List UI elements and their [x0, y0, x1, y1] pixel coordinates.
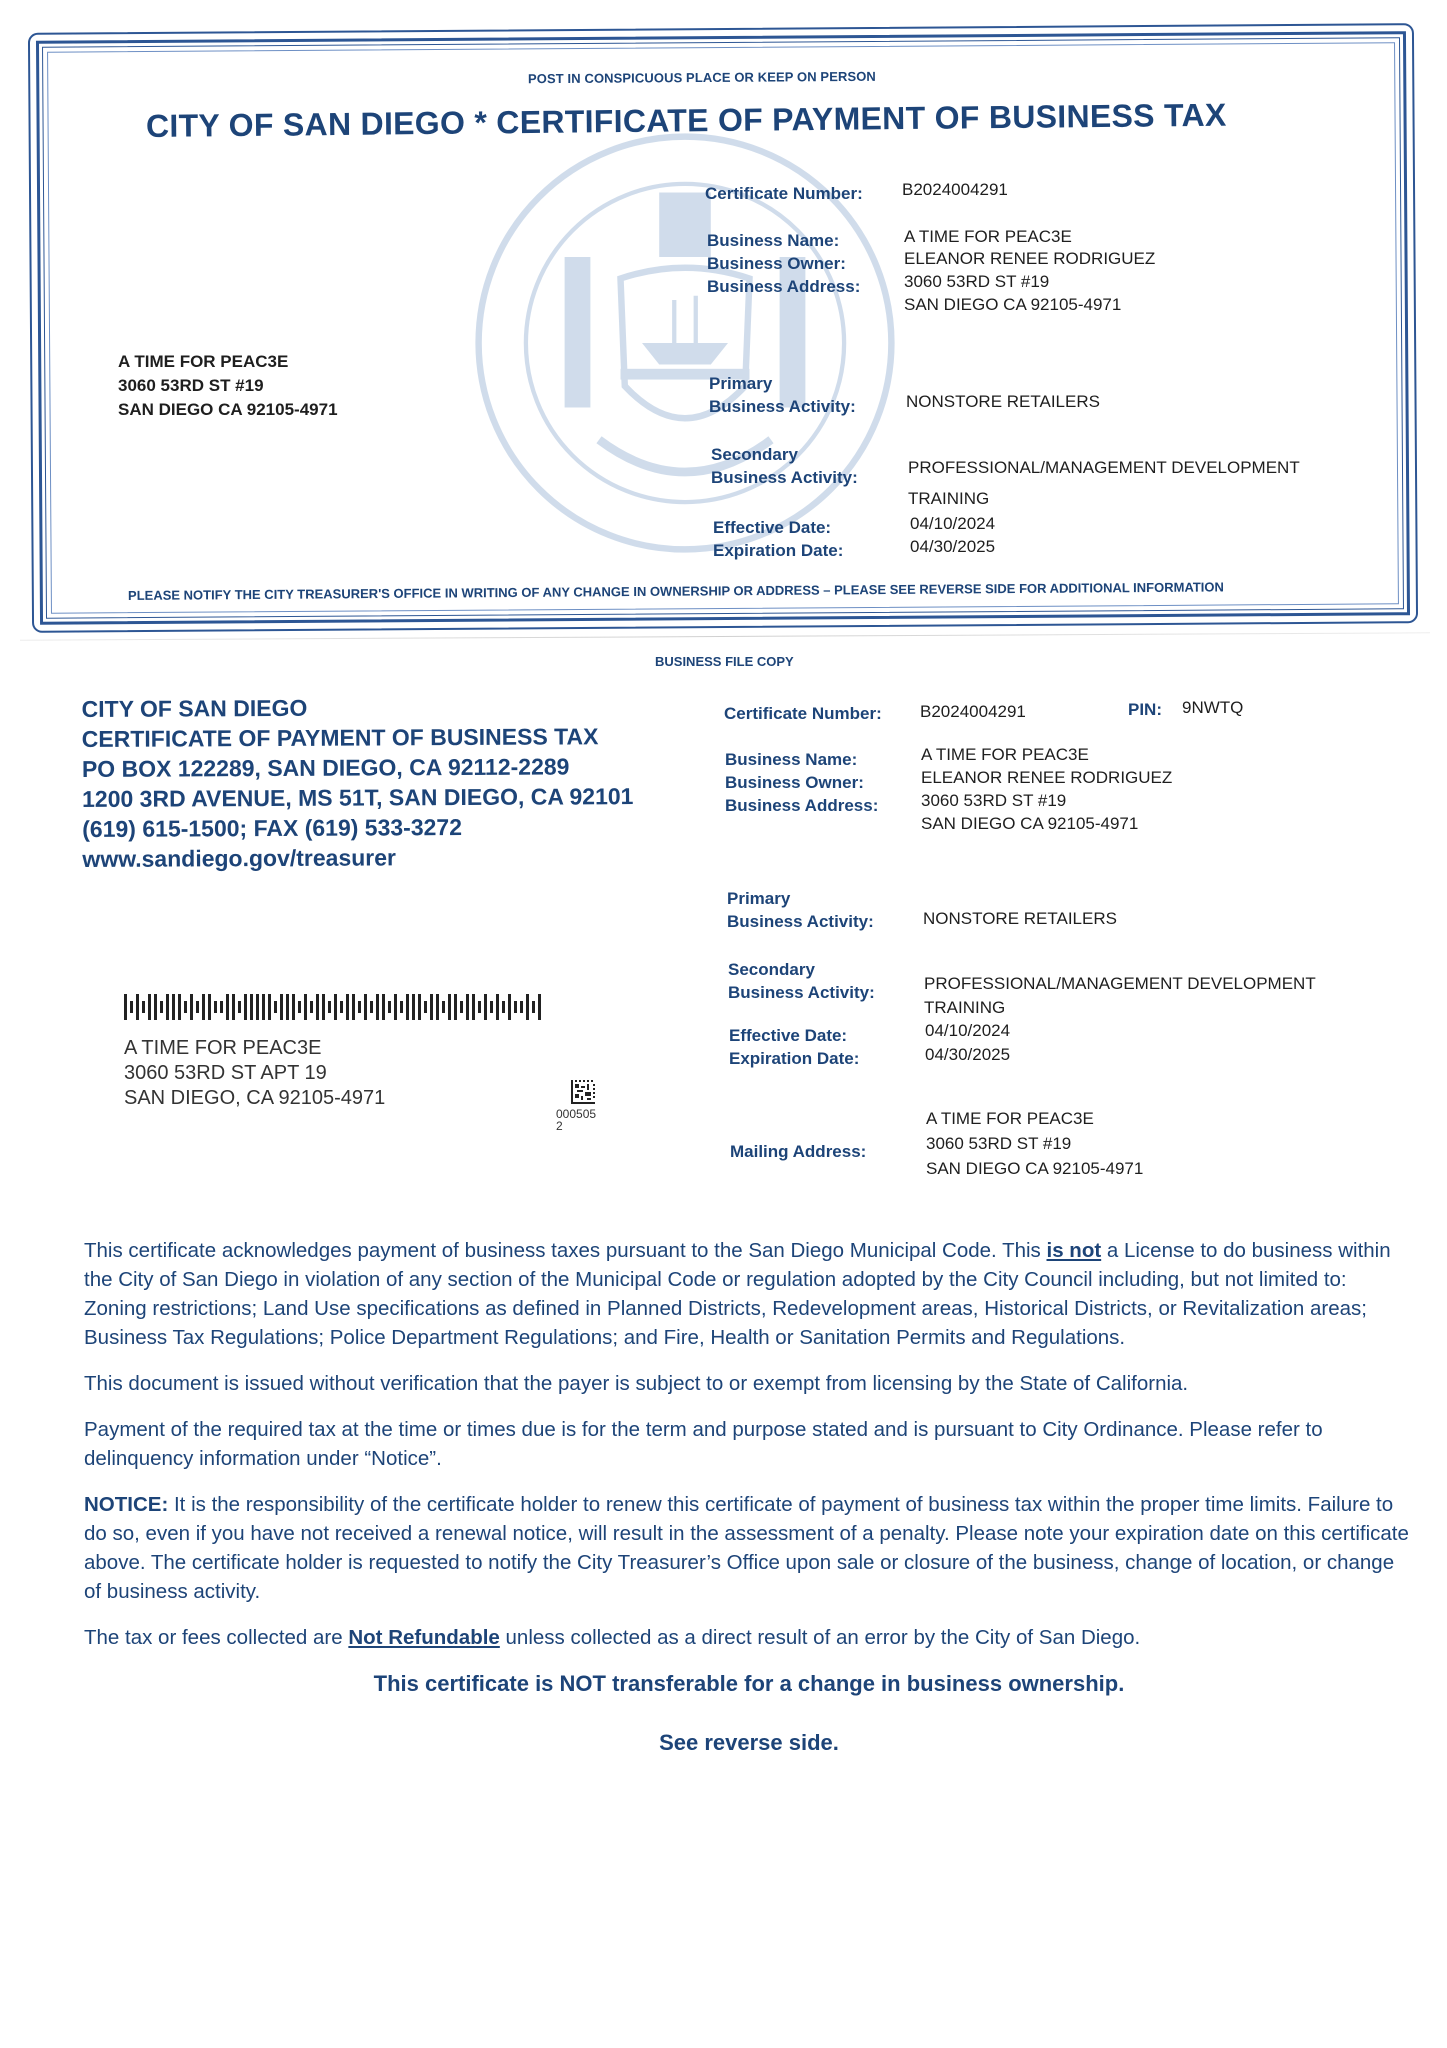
secondary-activity-label-1: Secondary	[711, 443, 798, 466]
fc-mailing-address-line-2: 3060 53RD ST #19	[926, 1132, 1071, 1155]
postal-barcode-icon	[124, 994, 541, 1020]
fc-business-name-label: Business Name:	[725, 748, 857, 771]
see-reverse-note: See reverse side.	[84, 1728, 1414, 1757]
fc-secondary-activity-label-1: Secondary	[728, 958, 815, 981]
terms-paragraph-refund: The tax or fees collected are Not Refund…	[84, 1623, 1414, 1652]
not-refundable-emphasis: Not Refundable	[348, 1626, 499, 1649]
fc-effective-date-value: 04/10/2024	[925, 1019, 1010, 1042]
not-transferable-note: This certificate is NOT transferable for…	[84, 1669, 1414, 1698]
fc-expiration-date-label: Expiration Date:	[729, 1047, 859, 1070]
fc-secondary-activity-label-2: Business Activity:	[728, 981, 875, 1004]
business-owner-value: ELEANOR RENEE RODRIGUEZ	[904, 247, 1155, 270]
terms-paragraph-notice: NOTICE: It is the responsibility of the …	[84, 1490, 1414, 1606]
issuer-line-2: CERTIFICATE OF PAYMENT OF BUSINESS TAX	[82, 721, 634, 754]
issuer-line-4: 1200 3RD AVENUE, MS 51T, SAN DIEGO, CA 9…	[82, 781, 634, 814]
fc-primary-activity-label-1: Primary	[727, 887, 790, 910]
effective-date-label: Effective Date:	[713, 516, 831, 539]
mailing-block-line-3: SAN DIEGO, CA 92105-4971	[124, 1086, 385, 1111]
business-address-label: Business Address:	[707, 275, 860, 298]
certificate-number-value: B2024004291	[902, 178, 1008, 201]
notice-label: NOTICE:	[84, 1493, 168, 1516]
fc-mailing-address-label: Mailing Address:	[730, 1140, 866, 1163]
fc-business-address-line-1: 3060 53RD ST #19	[921, 789, 1066, 812]
business-owner-label: Business Owner:	[707, 252, 846, 275]
fc-business-owner-label: Business Owner:	[725, 771, 864, 794]
fc-certificate-number-label: Certificate Number:	[724, 702, 882, 725]
fc-effective-date-label: Effective Date:	[729, 1024, 847, 1047]
issuer-website: www.sandiego.gov/treasurer	[82, 841, 634, 874]
terms-paragraph-payment: Payment of the required tax at the time …	[84, 1415, 1414, 1473]
business-name-label: Business Name:	[707, 229, 839, 252]
secondary-activity-line-2: TRAINING	[908, 487, 989, 510]
fc-certificate-number-value: B2024004291	[920, 700, 1026, 723]
fc-pin-label: PIN:	[1128, 698, 1162, 721]
effective-date-value: 04/10/2024	[910, 512, 995, 535]
datamatrix-code-text: 000505 2	[556, 1108, 596, 1132]
certificate-mailing-address: A TIME FOR PEAC3E 3060 53RD ST #19 SAN D…	[118, 350, 338, 422]
fc-primary-activity-value: NONSTORE RETAILERS	[923, 907, 1117, 930]
business-address-line-1: 3060 53RD ST #19	[904, 270, 1049, 293]
terms-paragraph-license: This certificate acknowledges payment of…	[84, 1236, 1414, 1352]
primary-activity-value: NONSTORE RETAILERS	[906, 390, 1100, 413]
issuer-block: CITY OF SAN DIEGO CERTIFICATE OF PAYMENT…	[82, 691, 634, 874]
business-file-copy-label: BUSINESS FILE COPY	[655, 654, 794, 669]
issuer-line-3: PO BOX 122289, SAN DIEGO, CA 92112-2289	[82, 751, 634, 784]
is-not-emphasis: is not	[1047, 1239, 1102, 1262]
fc-expiration-date-value: 04/30/2025	[925, 1043, 1010, 1066]
fc-business-address-line-2: SAN DIEGO CA 92105-4971	[921, 812, 1138, 835]
business-address-line-2: SAN DIEGO CA 92105-4971	[904, 293, 1121, 316]
mailing-block-line-2: 3060 53RD ST APT 19	[124, 1061, 385, 1086]
issuer-line-5: (619) 615-1500; FAX (619) 533-3272	[82, 811, 634, 844]
certificate-number-label: Certificate Number:	[705, 182, 863, 205]
primary-activity-label-2: Business Activity:	[709, 395, 856, 418]
mail-line-1: A TIME FOR PEAC3E	[118, 350, 338, 374]
fc-primary-activity-label-2: Business Activity:	[727, 910, 874, 933]
mail-line-2: 3060 53RD ST #19	[118, 374, 338, 398]
expiration-date-value: 04/30/2025	[910, 535, 995, 558]
expiration-date-label: Expiration Date:	[713, 539, 843, 562]
business-name-value: A TIME FOR PEAC3E	[904, 225, 1072, 248]
fc-business-owner-value: ELEANOR RENEE RODRIGUEZ	[921, 766, 1172, 789]
fc-secondary-activity-line-2: TRAINING	[924, 996, 1005, 1019]
terms-section: This certificate acknowledges payment of…	[84, 1236, 1414, 1757]
fc-business-address-label: Business Address:	[725, 794, 878, 817]
terms-paragraph-state: This document is issued without verifica…	[84, 1369, 1414, 1398]
primary-activity-label-1: Primary	[709, 372, 772, 395]
mail-line-3: SAN DIEGO CA 92105-4971	[118, 398, 338, 422]
mailing-block-line-1: A TIME FOR PEAC3E	[124, 1036, 385, 1061]
datamatrix-code-icon	[570, 1080, 596, 1104]
fc-mailing-address-line-1: A TIME FOR PEAC3E	[926, 1107, 1094, 1130]
fc-business-name-value: A TIME FOR PEAC3E	[921, 743, 1089, 766]
issuer-line-1: CITY OF SAN DIEGO	[82, 691, 634, 724]
file-copy-mailing-block: A TIME FOR PEAC3E 3060 53RD ST APT 19 SA…	[124, 1036, 385, 1111]
secondary-activity-label-2: Business Activity:	[711, 466, 858, 489]
fc-secondary-activity-line-1: PROFESSIONAL/MANAGEMENT DEVELOPMENT	[924, 972, 1316, 995]
secondary-activity-line-1: PROFESSIONAL/MANAGEMENT DEVELOPMENT	[908, 456, 1300, 479]
fc-mailing-address-line-3: SAN DIEGO CA 92105-4971	[926, 1157, 1143, 1180]
post-notice: POST IN CONSPICUOUS PLACE OR KEEP ON PER…	[528, 69, 876, 86]
fc-pin-value: 9NWTQ	[1182, 696, 1243, 719]
